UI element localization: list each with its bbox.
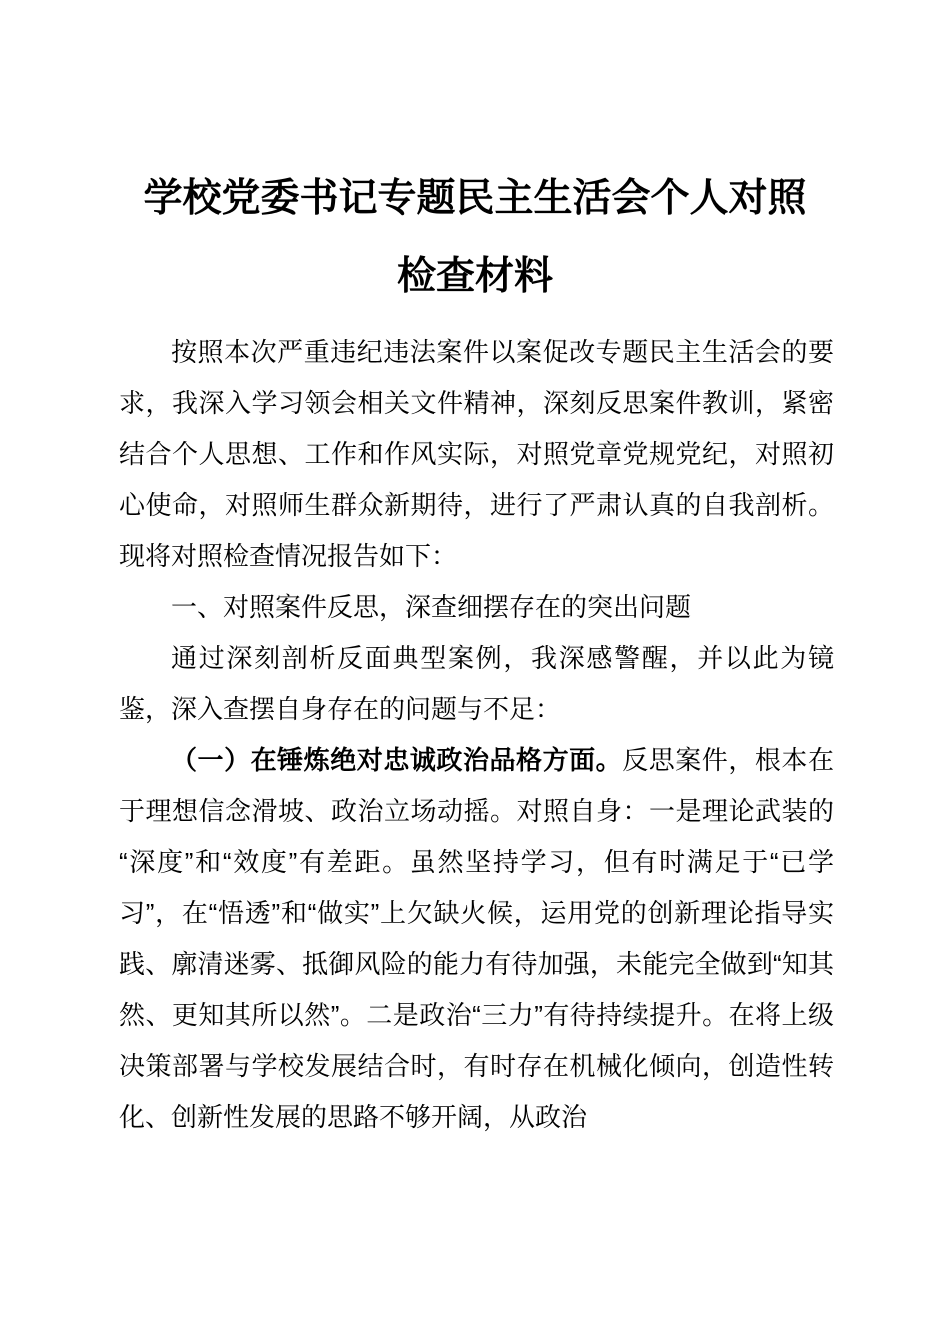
document-body: 按照本次严重违纪违法案件以案促改专题民主生活会的要求，我深入学习领会相关文件精神… bbox=[0, 327, 950, 1143]
paragraph-text: 反思案件，根本在于理想信念滑坡、政治立场动摇。对照自身：一是理论武装的“深度”和… bbox=[119, 745, 834, 1132]
paragraph-text: 通过深刻剖析反面典型案例，我深感警醒，并以此为镜鉴，深入查摆自身存在的问题与不足… bbox=[119, 643, 834, 724]
paragraph-lead-bold: （一）在锤炼绝对忠诚政治品格方面。 bbox=[171, 745, 622, 775]
paragraph: 按照本次严重违纪违法案件以案促改专题民主生活会的要求，我深入学习领会相关文件精神… bbox=[119, 327, 834, 582]
document-title-line-1: 学校党委书记专题民主生活会个人对照 bbox=[118, 160, 832, 238]
section-heading: 一、对照案件反思，深查细摆存在的突出问题 bbox=[119, 582, 834, 633]
paragraph: 通过深刻剖析反面典型案例，我深感警醒，并以此为镜鉴，深入查摆自身存在的问题与不足… bbox=[119, 633, 834, 735]
document-page: 学校党委书记专题民主生活会个人对照 检查材料 按照本次严重违纪违法案件以案促改专… bbox=[0, 0, 950, 1344]
paragraph: （一）在锤炼绝对忠诚政治品格方面。反思案件，根本在于理想信念滑坡、政治立场动摇。… bbox=[119, 735, 834, 1143]
document-title: 学校党委书记专题民主生活会个人对照 检查材料 bbox=[0, 160, 950, 316]
document-title-line-2: 检查材料 bbox=[118, 238, 832, 316]
paragraph-text: 按照本次严重违纪违法案件以案促改专题民主生活会的要求，我深入学习领会相关文件精神… bbox=[119, 337, 834, 571]
paragraph-text: 一、对照案件反思，深查细摆存在的突出问题 bbox=[171, 592, 691, 622]
